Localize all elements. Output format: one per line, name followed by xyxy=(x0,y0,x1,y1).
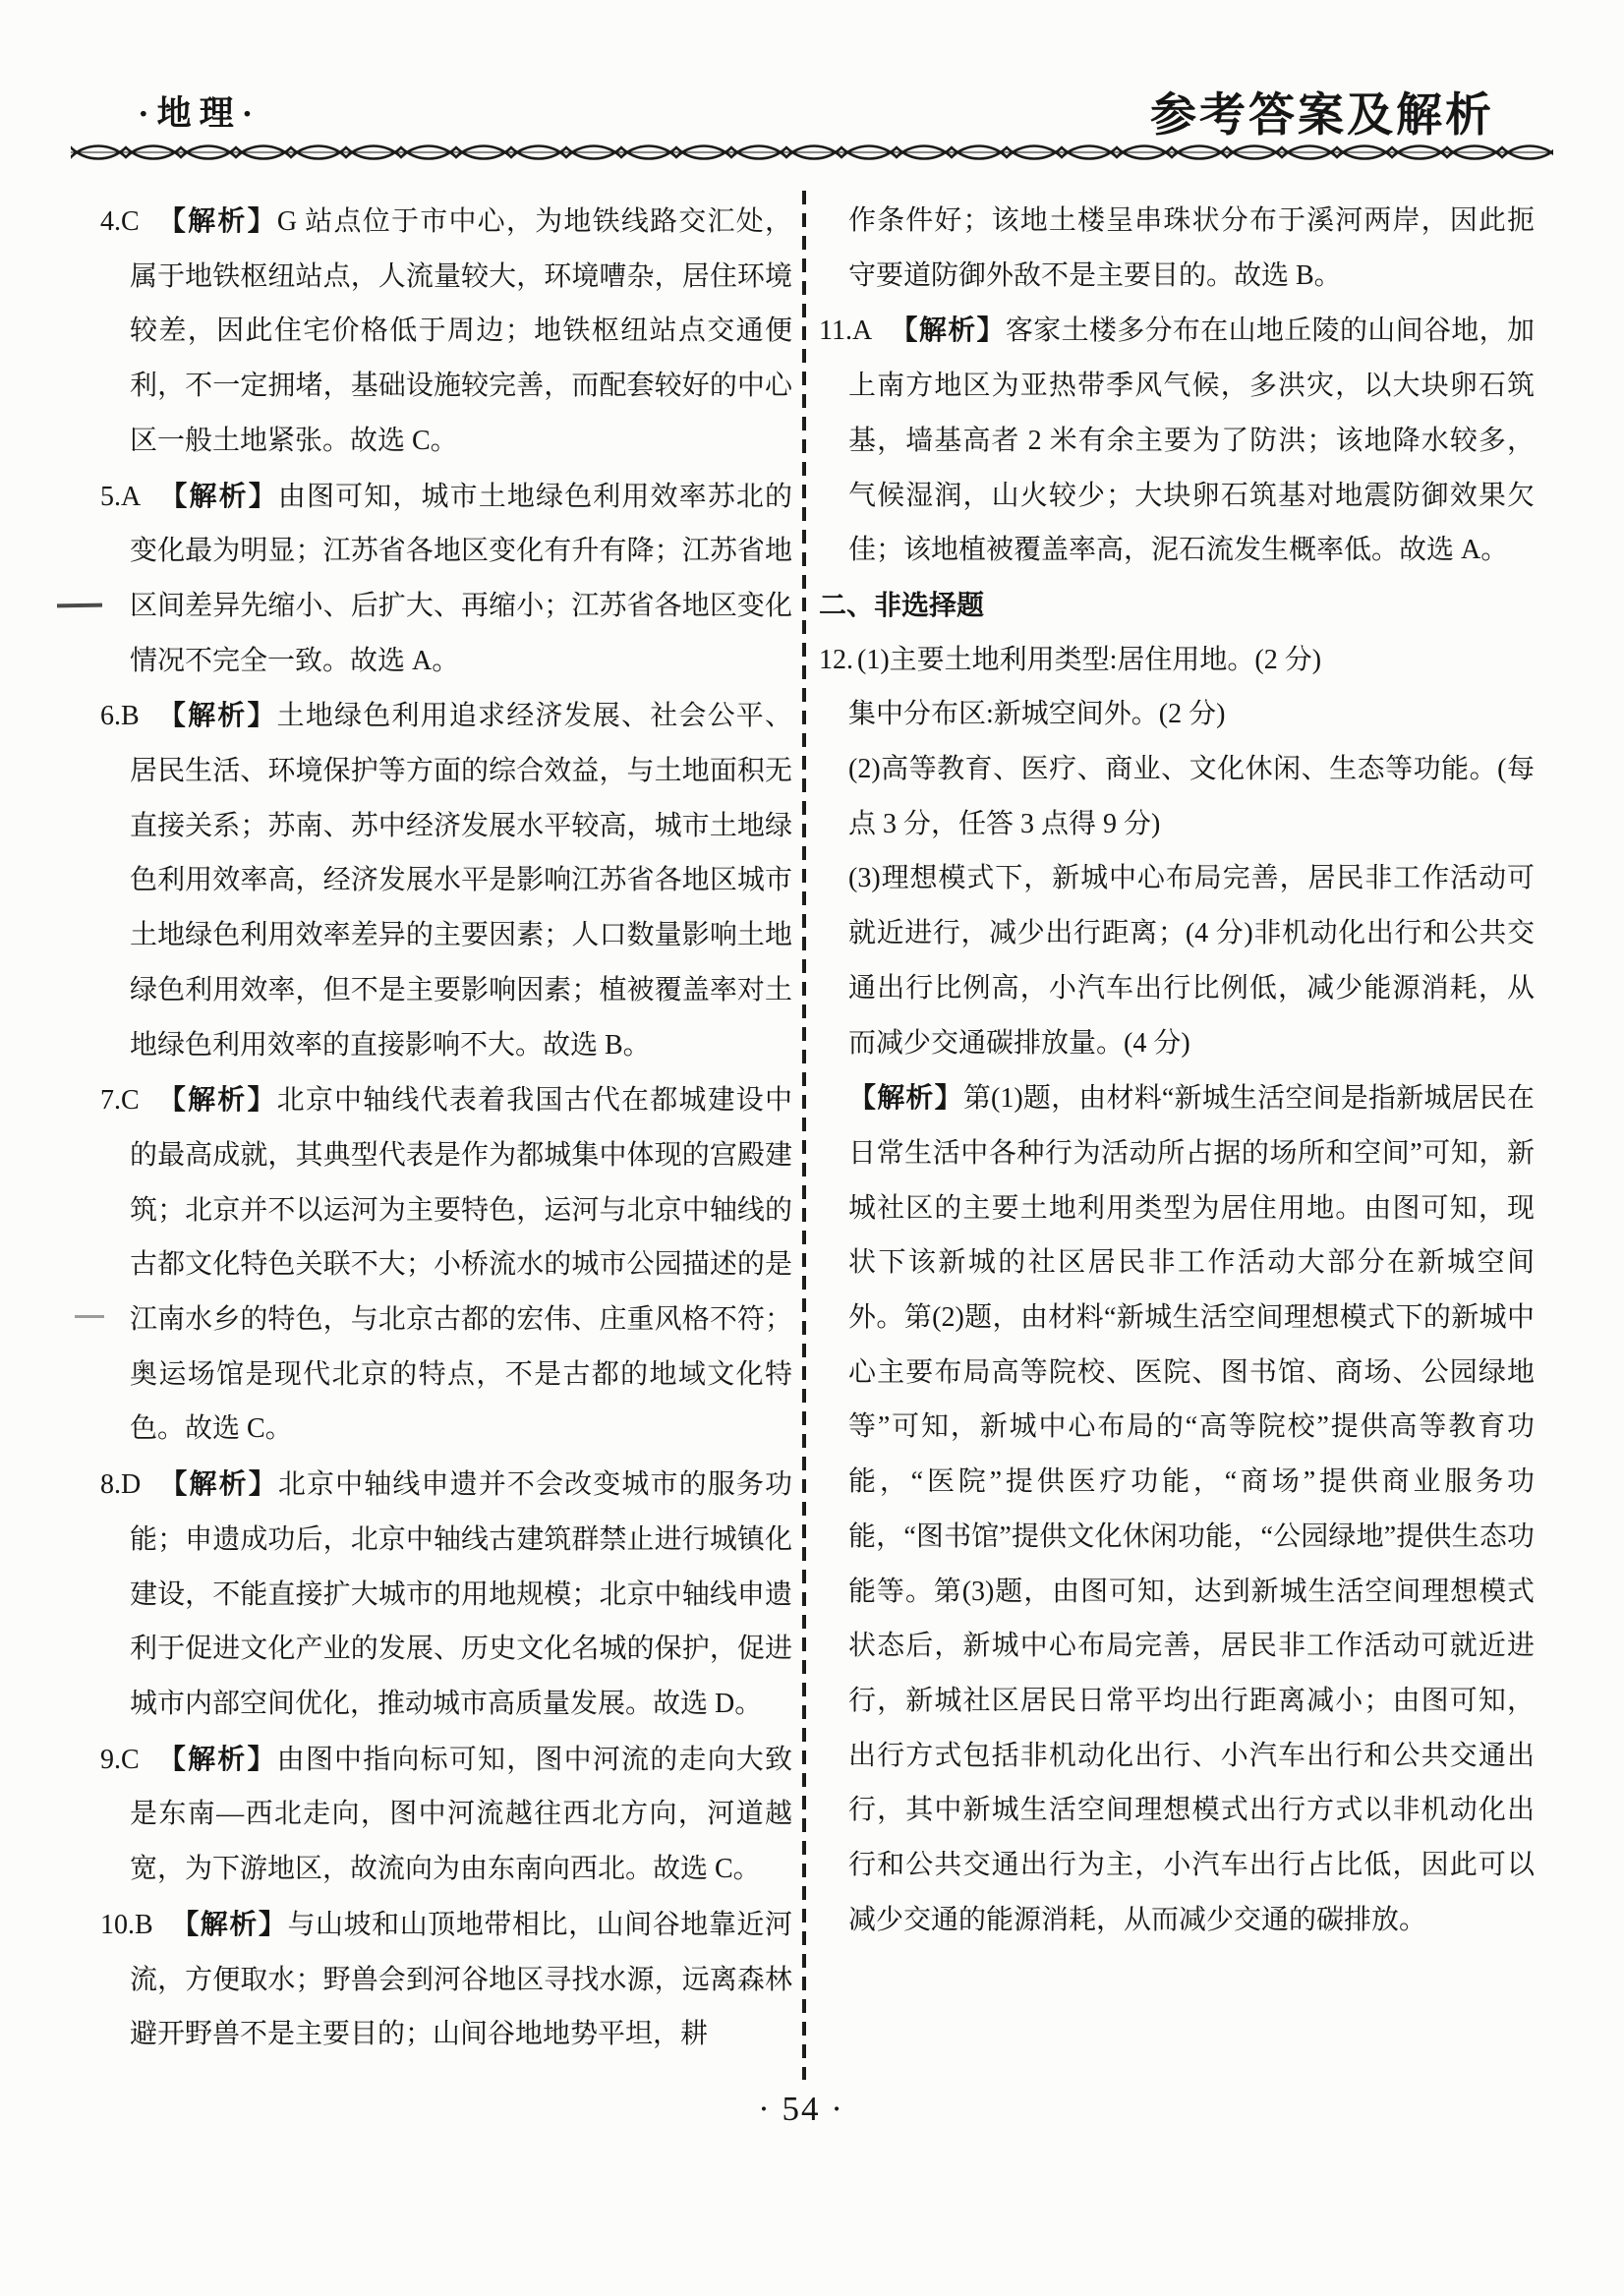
answer-number-label: 8.D xyxy=(100,1469,141,1500)
answer-text: G 站点位于市中心，为地铁线路交汇处，属于地铁枢纽站点，人流量较大，环境嘈杂，居… xyxy=(130,206,792,456)
page-title: 参考答案及解析 xyxy=(1150,79,1494,144)
answer-part: (3)理想模式下，新城中心布局完善，居民非工作活动可就近进行，减少出行距离；(4… xyxy=(848,851,1535,1070)
analysis-tag: 【解析】 xyxy=(157,1084,277,1115)
page-number: · 54 · xyxy=(605,2090,998,2129)
answer-number-label: 4.C xyxy=(100,206,140,237)
answer-part: (2)高等教育、医疗、商业、文化休闲、生态等功能。(每点 3 分，任答 3 点得… xyxy=(848,742,1535,851)
continued-answer-text: 作条件好；该地土楼呈串珠状分布于溪河两岸，因此扼守要道防御外敌不是主要目的。故选… xyxy=(819,194,1535,303)
answer-item: 6.B【解析】土地绿色利用追求经济发展、社会公平、居民生活、环境保护等方面的综合… xyxy=(100,688,792,1072)
scan-artifact-dash xyxy=(75,1315,104,1318)
answer-number-label: 11.A xyxy=(819,316,872,346)
answer-item: 7.C【解析】北京中轴线代表着我国古代在都城建设中的最高成就，其典型代表是作为都… xyxy=(100,1072,792,1457)
analysis-tag: 【解析】 xyxy=(848,1082,963,1113)
answer-text: 客家土楼多分布在山地丘陵的山间谷地，加上南方地区为亚热带季风气候，多洪灾，以大块… xyxy=(848,316,1535,565)
left-answers-column: 4.C【解析】G 站点位于市中心，为地铁线路交汇处，属于地铁枢纽站点，人流量较大… xyxy=(100,194,792,2112)
analysis-tag: 【解析】 xyxy=(890,315,1006,345)
answer-number-label: 10.B xyxy=(100,1910,153,1940)
analysis-paragraph: 【解析】第(1)题，由材料“新城生活空间是指新城居民在日常生活中各种行为活动所占… xyxy=(848,1070,1535,1947)
analysis-tag: 【解析】 xyxy=(171,1909,288,1939)
answer-number-label: 7.C xyxy=(100,1085,140,1116)
right-answers-column: 作条件好；该地土楼呈串珠状分布于溪河两岸，因此扼守要道防御外敌不是主要目的。故选… xyxy=(819,194,1535,2112)
answer-text: 北京中轴线代表着我国古代在都城建设中的最高成就，其典型代表是作为都城集中体现的宫… xyxy=(130,1085,792,1444)
braided-header-rule xyxy=(71,140,1553,165)
answer-item: 5.A【解析】由图可知，城市土地绿色利用效率苏北的变化最为明显；江苏省各地区变化… xyxy=(100,469,792,689)
answer-number-label: 5.A xyxy=(100,482,141,512)
answer-part: 12.(1)主要土地利用类型:居住用地。(2 分) xyxy=(848,633,1535,688)
column-divider-dashed-line xyxy=(802,191,806,2080)
question-answer-block: 12.(1)主要土地利用类型:居住用地。(2 分)集中分布区:新城空间外。(2 … xyxy=(819,633,1535,1948)
answer-item: 4.C【解析】G 站点位于市中心，为地铁线路交汇处，属于地铁枢纽站点，人流量较大… xyxy=(100,194,792,469)
answer-text: 北京中轴线申遗并不会改变城市的服务功能；申遗成功后，北京中轴线古建筑群禁止进行城… xyxy=(130,1469,792,1719)
answer-item: 8.D【解析】北京中轴线申遗并不会改变城市的服务功能；申遗成功后，北京中轴线古建… xyxy=(100,1457,792,1732)
question-number: 12. xyxy=(819,645,853,675)
analysis-tag: 【解析】 xyxy=(157,1744,277,1774)
answer-key-page: ·地理· 参考答案及解析 4.C【解析】G 站点位于市中心，为地铁线路交汇处，属… xyxy=(0,0,1624,2296)
answer-part: 集中分布区:新城空间外。(2 分) xyxy=(848,687,1535,742)
analysis-tag: 【解析】 xyxy=(157,700,277,730)
analysis-tag: 【解析】 xyxy=(158,481,278,511)
answer-text: 土地绿色利用追求经济发展、社会公平、居民生活、环境保护等方面的综合效益，与土地面… xyxy=(130,701,792,1060)
subject-label: ·地理· xyxy=(138,86,261,136)
answer-item: 10.B【解析】与山坡和山顶地带相比，山间谷地靠近河流，方便取水；野兽会到河谷地… xyxy=(100,1897,792,2062)
answer-number-label: 6.B xyxy=(100,701,140,731)
section-heading: 二、非选择题 xyxy=(819,578,1535,633)
analysis-tag: 【解析】 xyxy=(158,1468,278,1499)
analysis-tag: 【解析】 xyxy=(157,205,277,236)
answer-item: 9.C【解析】由图中指向标可知，图中河流的走向大致是东南—西北走向，图中河流越往… xyxy=(100,1732,792,1897)
answer-item: 11.A【解析】客家土楼多分布在山地丘陵的山间谷地，加上南方地区为亚热带季风气候… xyxy=(819,303,1535,578)
scan-artifact-dash xyxy=(57,603,102,608)
answer-number-label: 9.C xyxy=(100,1745,140,1775)
